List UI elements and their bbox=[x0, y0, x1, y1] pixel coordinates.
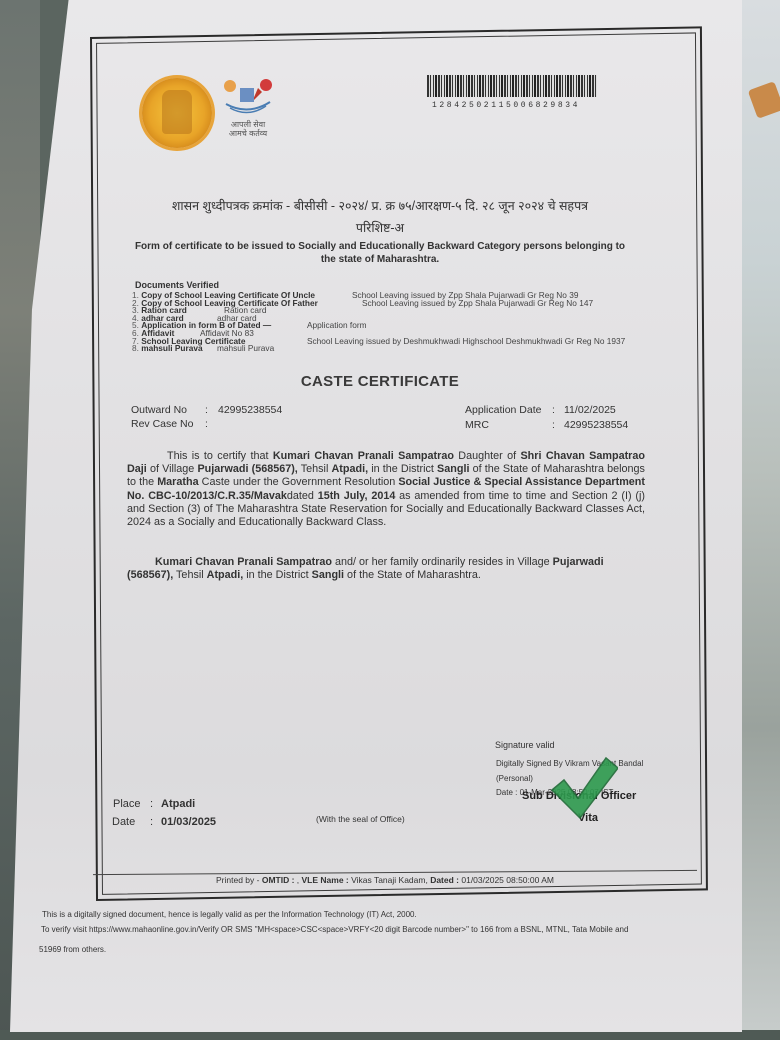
body-emphasis: Atpadi, bbox=[207, 569, 244, 581]
body-emphasis: Sangli bbox=[437, 463, 469, 475]
outward-no-label: Outward No bbox=[131, 404, 187, 416]
certificate-body-paragraph-2: Kumari Chavan Pranali Sampatrao and/ or … bbox=[127, 556, 645, 582]
body-emphasis: 15th July, 2014 bbox=[318, 490, 396, 502]
printed-by-line: Printed by - OMTID : , VLE Name : Vikas … bbox=[40, 875, 730, 885]
caption-line-1: आपली सेवा bbox=[224, 120, 272, 129]
signature-valid-check-icon bbox=[548, 752, 618, 822]
caption-line-2: आमचे कर्तव्य bbox=[224, 129, 272, 138]
body-text: Tehsil bbox=[298, 463, 332, 475]
body-text: This is to certify that bbox=[167, 450, 273, 462]
vle-name-label: VLE Name : bbox=[302, 875, 349, 885]
body-emphasis: Pujarwadi (568567), bbox=[197, 463, 297, 475]
dated-value: 01/03/2025 08:50:00 AM bbox=[459, 875, 554, 885]
date-value: 01/03/2025 bbox=[161, 816, 216, 828]
document-item: 8. mahsuli Puravamahsuli Purava bbox=[132, 345, 318, 353]
certificate-title: CASTE CERTIFICATE bbox=[230, 373, 530, 390]
barcode bbox=[427, 75, 597, 97]
reference-line: शासन शुध्दीपत्रक क्रमांक - बीसीसी - २०२४… bbox=[130, 197, 630, 214]
rev-case-no-label: Rev Case No bbox=[131, 418, 193, 430]
footer-verify-instructions: To verify visit https://www.mahaonline.g… bbox=[41, 925, 628, 934]
aapli-seva-caption: आपली सेवा आमचे कर्तव्य bbox=[224, 120, 272, 138]
body-text: Caste under the Government Resolution bbox=[199, 476, 399, 488]
signature-status: Signature valid bbox=[495, 740, 555, 750]
body-emphasis: Maratha bbox=[157, 476, 198, 488]
form-title: Form of certificate to be issued to Soci… bbox=[130, 240, 630, 266]
footer-verify-instructions-cont: 51969 from others. bbox=[39, 945, 106, 954]
body-text: of the State of Maharashtra. bbox=[344, 569, 481, 581]
documents-verified-heading: Documents Verified bbox=[135, 280, 219, 290]
omtid-value: , bbox=[294, 875, 301, 885]
application-date-label: Application Date bbox=[465, 404, 541, 416]
certificate-body-paragraph-1: This is to certify that Kumari Chavan Pr… bbox=[127, 450, 645, 529]
mrc-value: 42995238554 bbox=[564, 419, 628, 431]
document-item-number: 8. bbox=[132, 343, 141, 353]
body-text: Tehsil bbox=[173, 569, 206, 581]
maharashtra-seal-icon bbox=[142, 78, 212, 148]
place-colon: : bbox=[150, 798, 153, 810]
date-colon: : bbox=[150, 816, 153, 828]
vle-name-value: Vikas Tanaji Kadam, bbox=[349, 875, 430, 885]
omtid-label: OMTID : bbox=[262, 875, 295, 885]
document-item-detail: School Leaving issued by Deshmukhwadi Hi… bbox=[307, 338, 625, 346]
body-text: dated bbox=[287, 490, 318, 502]
aapli-seva-logo-icon bbox=[222, 78, 274, 118]
body-text: in the District bbox=[243, 569, 311, 581]
document-item-detail: School Leaving issued by Zpp Shala Pujar… bbox=[362, 300, 593, 308]
documents-verified-list: 1. Copy of School Leaving Certificate Of… bbox=[132, 292, 318, 353]
document-item-name: mahsuli Purava bbox=[141, 343, 202, 353]
application-date-colon: : bbox=[552, 404, 555, 416]
body-text: and/ or her family ordinarily resides in… bbox=[332, 556, 553, 568]
mrc-colon: : bbox=[552, 419, 555, 431]
date-label: Date bbox=[112, 816, 135, 828]
annexure-label: परिशिष्ट-अ bbox=[130, 219, 630, 236]
document-item-detail: mahsuli Purava bbox=[217, 345, 274, 353]
outward-no-value: 42995238554 bbox=[218, 404, 282, 416]
footer-legal-note: This is a digitally signed document, hen… bbox=[42, 910, 417, 919]
application-date-value: 11/02/2025 bbox=[564, 404, 616, 416]
certificate-content: आपली सेवा आमचे कर्तव्य 12842502115006829… bbox=[0, 0, 780, 1040]
body-emphasis: Sangli bbox=[312, 569, 344, 581]
place-value: Atpadi bbox=[161, 798, 195, 810]
body-text: Daughter of bbox=[454, 450, 521, 462]
body-emphasis: Kumari Chavan Pranali Sampatrao bbox=[273, 450, 454, 462]
rev-case-no-colon: : bbox=[205, 418, 208, 430]
mrc-label: MRC bbox=[465, 419, 489, 431]
outward-no-colon: : bbox=[205, 404, 208, 416]
document-item-detail: Application form bbox=[307, 322, 367, 330]
place-label: Place bbox=[113, 798, 141, 810]
printed-by-prefix: Printed by - bbox=[216, 875, 262, 885]
seal-note: (With the seal of Office) bbox=[316, 814, 405, 824]
body-emphasis: Atpadi, bbox=[332, 463, 369, 475]
body-emphasis: Kumari Chavan Pranali Sampatrao bbox=[155, 556, 332, 568]
barcode-number: 12842502115006829834 bbox=[432, 101, 580, 110]
dated-label: Dated : bbox=[430, 875, 459, 885]
signature-type: (Personal) bbox=[496, 774, 533, 783]
body-text: of Village bbox=[147, 463, 198, 475]
body-text: in the District bbox=[368, 463, 437, 475]
